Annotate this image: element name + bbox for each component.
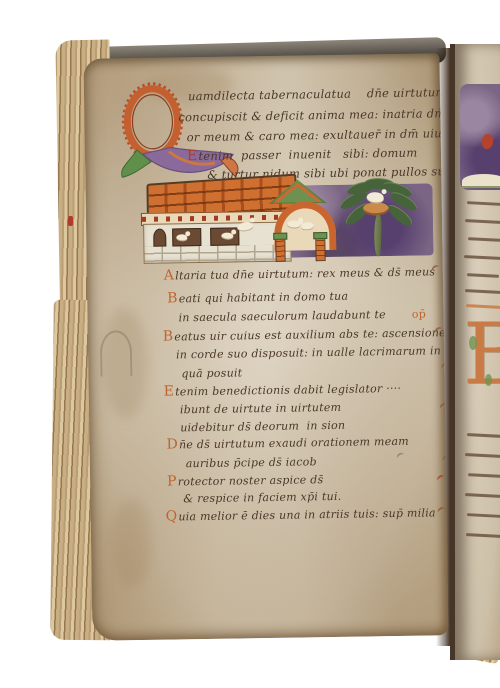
dove-on-nest: [367, 192, 384, 203]
facing-miniature-hills: [462, 174, 500, 188]
margin-flourish: [396, 451, 406, 461]
parchment-crease: [100, 330, 133, 376]
text-line: in corde suo disposuit: in ualle lacrima…: [175, 343, 449, 362]
line-text: tenim passer inuenit sibi: domum: [198, 146, 417, 163]
line-text: n̄e ds̄ uirtutum exaudi orationem meam: [179, 435, 409, 452]
text-line: auribus p̄cipe ds̄ iacob: [185, 454, 317, 470]
text-line: uamdilecta tabernaculatua dn̄e uirtutum: [187, 85, 447, 103]
dove-in-window: [176, 234, 187, 241]
margin-flourish: [436, 474, 446, 484]
masonry-courses: [144, 245, 290, 263]
line-text: or meum & caro mea: exultauer̄ in dm̄ ui…: [187, 126, 449, 144]
line-text: concupiscit & deficit anima mea: inatria…: [178, 106, 445, 124]
line-text: & respice in faciem xp̄i tui.: [183, 490, 341, 505]
line-text: uidebitur ds̄ deorum in sion: [180, 419, 345, 435]
initial-green-ornament: [469, 336, 477, 350]
fore-edge-red-mark: [68, 216, 73, 226]
facing-text-line: [465, 453, 500, 458]
facing-text-line: [467, 273, 499, 278]
facing-miniature-figure: [482, 134, 493, 149]
line-text: quā posuit: [181, 366, 242, 380]
facing-text-line: [467, 433, 500, 438]
facing-text-line: [466, 533, 500, 538]
manuscript-page: uamdilecta tabernaculatua dn̄e uirtutum …: [83, 53, 448, 641]
versal-initial: B: [163, 328, 174, 344]
line-text: tenim benedictionis dabit legislator ···…: [175, 382, 401, 399]
versal-initial: A: [164, 267, 175, 283]
versal-initial: E: [164, 383, 175, 399]
facing-text-line: [465, 289, 500, 294]
facing-text-line: [467, 513, 500, 518]
nest-in-tree: [363, 202, 389, 215]
facing-text-line: [465, 219, 500, 224]
facing-text-line: [464, 255, 500, 260]
line-text: uia melior ē dies una in atriis tuis: s…: [178, 506, 436, 523]
line-text: ltaria tua dn̄e uirtutum: rex meus & ds̄…: [175, 265, 435, 282]
text-line: ibunt de uirtute in uirtutem: [179, 400, 342, 417]
facing-page-sliver: B: [450, 44, 500, 660]
rubric-abbreviation: op̄: [412, 307, 426, 320]
column-capital: [313, 232, 327, 239]
line-text: ibunt de uirtute in uirtutem: [180, 401, 341, 417]
text-line: or meum & caro mea: exultauer̄ in dm̄ ui…: [186, 126, 449, 144]
text-line: Etenim passer inuenit sibi: domum: [187, 146, 418, 164]
text-line: & respice in faciem xp̄i tui.: [182, 489, 341, 505]
arched-niche: [153, 229, 166, 247]
tree-with-dove: [336, 180, 417, 259]
margin-flourish: [436, 506, 446, 516]
window: [210, 227, 239, 245]
versal-initial: D: [166, 436, 178, 452]
text-line: Etenim benedictionis dabit legislator ··…: [164, 381, 402, 399]
dove-in-tympanum: [301, 222, 314, 230]
facing-text-line: [468, 237, 500, 242]
window: [172, 228, 201, 246]
line-text: in saecula saeculorum laudabunt te: [178, 308, 386, 324]
parchment-stain: [110, 498, 151, 589]
line-text: eatus uir cuius est auxilium abs te: asc…: [174, 326, 448, 343]
facing-text-line: [467, 201, 500, 206]
text-line: Beatus uir cuius est auxilium abs te: as…: [163, 325, 449, 344]
text-line: quā posuit: [180, 365, 242, 380]
text-line: uidebitur ds̄ deorum in sion: [179, 418, 345, 435]
dove-in-window: [221, 233, 233, 240]
facing-text-line: [468, 473, 500, 478]
text-line: Beati qui habitant in domo tua: [167, 289, 348, 306]
text-line: concupiscit & deficit anima mea: inatria…: [177, 106, 445, 124]
column-capital: [273, 233, 287, 240]
line-text: rotector noster aspice ds̄: [178, 473, 324, 488]
text-line: Altaria tua dn̄e uirtutum: rex meus & ds…: [164, 264, 436, 282]
versal-initial: B: [167, 290, 178, 306]
text-line: in saecula saeculorum laudabunt teop̄: [177, 306, 426, 324]
line-text: in corde suo disposuit: in ualle lacrima…: [176, 344, 449, 362]
initial-green-ornament: [485, 374, 492, 386]
text-line: Protector noster aspice ds̄: [167, 472, 324, 488]
facing-decorated-initial-b: B: [463, 312, 500, 396]
text-line: Dn̄e ds̄ uirtutum exaudi orationem meam: [166, 434, 409, 452]
versal-initial: E: [187, 148, 198, 164]
text-line: Quia melior ē dies una in atriis tuis: …: [166, 505, 436, 523]
facing-text-line: [465, 493, 500, 498]
versal-initial: Q: [166, 508, 178, 524]
miniature-illustration: [140, 175, 433, 262]
tree-trunk: [373, 214, 382, 256]
facing-miniature-fragment: [460, 84, 500, 190]
versal-initial: P: [167, 473, 177, 489]
photo-of-open-manuscript: B uamdilecta tabernaculatua dn̄e uirtutu…: [0, 0, 500, 688]
line-text: auribus p̄cipe ds̄ iacob: [186, 455, 317, 470]
building-wall: [143, 222, 292, 264]
line-text: uamdilecta tabernaculatua dn̄e uirtutum: [188, 85, 447, 103]
line-text: eati qui habitant in domo tua: [179, 290, 349, 306]
